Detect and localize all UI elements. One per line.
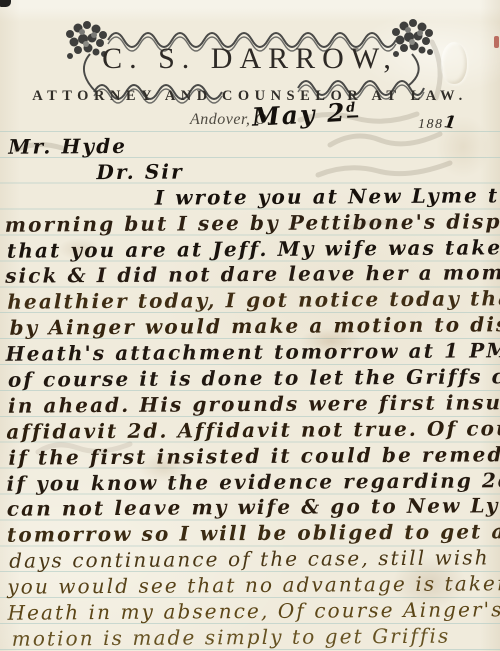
- handwritten-line: in ahead. His grounds were first insuffi…: [6, 390, 500, 419]
- dateline-year: 1881: [418, 113, 457, 133]
- handwritten-line: if you know the evidence regarding 2d ..…: [7, 468, 500, 497]
- red-edge-mark: [494, 36, 499, 48]
- handwritten-line: sick & I did not dare leave her a moment: [5, 261, 499, 290]
- letter-body: Mr. HydeDr. SirI wrote you at New Lyme t…: [4, 131, 500, 651]
- handwritten-date: May 2d: [251, 97, 358, 131]
- handwritten-line: if the first insisted it could be remedi…: [6, 442, 500, 471]
- handwritten-line: can not leave my wife & go to New Lyme: [7, 494, 500, 523]
- handwritten-line: that you are at Jeff. My wife was taken …: [5, 235, 499, 264]
- handwritten-line: morning but I see by Pettibone's dispatc…: [5, 209, 499, 238]
- letter-scan: C. S. DARROW, ATTORNEY AND COUNSELOR AT …: [0, 0, 500, 651]
- handwritten-line: by Ainger would make a motion to dismiss: [5, 313, 499, 342]
- handwritten-line: healthier today, I got notice today that…: [5, 287, 499, 316]
- handwritten-line: of course it is done to let the Griffs c…: [6, 364, 500, 393]
- date-main: May 2: [251, 98, 347, 132]
- handwritten-line: days continuance of the case, still wish: [7, 546, 500, 575]
- handwritten-line: tomorrow so I will be obliged to get a f…: [7, 520, 500, 549]
- handwritten-line: you would see that no advantage is taken…: [7, 571, 500, 600]
- handwritten-line: Heath in my absence, Of course Ainger's: [7, 597, 500, 626]
- handwritten-line: Heath's attachment tomorrow at 1 PM,: [6, 338, 500, 367]
- handwritten-line: I wrote you at New Lyme this: [5, 183, 499, 212]
- handwritten-line: Mr. Hyde: [4, 131, 498, 160]
- printed-year-prefix: 188: [418, 117, 444, 132]
- handwritten-line: affidavit 2d. Affidavit not true. Of cou…: [6, 416, 500, 445]
- letterhead-subtitle: ATTORNEY AND COUNSELOR AT LAW.: [0, 88, 500, 105]
- date-ordinal: d: [346, 100, 358, 118]
- letterhead-name: C. S. DARROW,: [0, 42, 500, 76]
- handwritten-line: motion is made simply to get Griffis: [8, 623, 500, 651]
- handwritten-line: Dr. Sir: [4, 157, 498, 186]
